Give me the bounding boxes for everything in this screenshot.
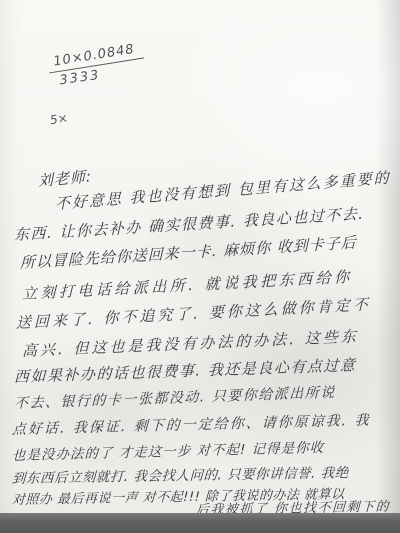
letter-line: 不去、银行的卡一张都没动. 只要你给派出所说 [14,382,336,413]
letter-line: 也是没办法的了 才走这一步 对不起! 记得是你收 [12,436,325,464]
letter-photo: 10×0.0848 3333 5× 刘老师: 不好意思 我也没有想到 包里有这么… [0,0,400,533]
paper-sheet: 10×0.0848 3333 5× 刘老师: 不好意思 我也没有想到 包里有这么… [0,0,400,521]
letter-line: 点好话. 我保证. 剩下的一定给你、请你原谅我. 我 [12,410,371,439]
table-background-strip [0,513,400,533]
side-note-scribble: 5× [49,111,68,127]
math-scribble: 10×0.0848 3333 [46,39,145,88]
letter-salutation: 刘老师: [38,165,93,191]
